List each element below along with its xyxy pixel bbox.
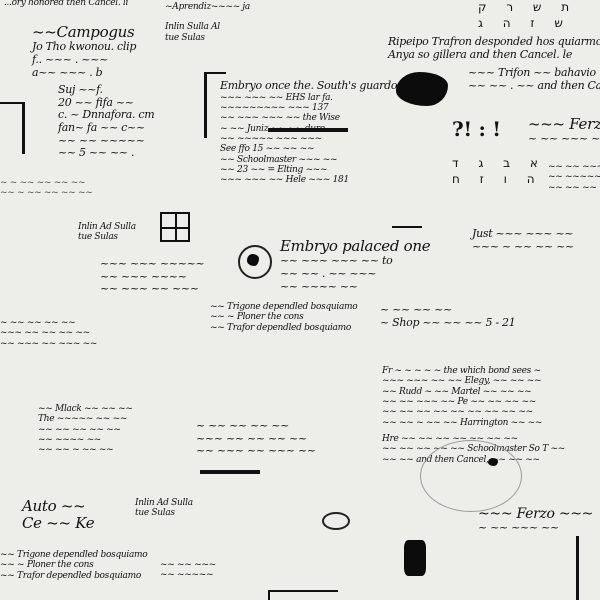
ink-strike xyxy=(268,128,348,132)
handwriting-line: ~~ ~ Ploner the cons xyxy=(0,560,147,570)
handwriting-line: Ce ~~ Ke xyxy=(22,515,94,532)
handwriting-line: ~~ 5 ~~ ~~ . xyxy=(58,147,154,160)
hebrew-glyph-row: ה ו ז ח xyxy=(452,172,543,186)
handwriting-fragment: ~ ~~ ~~ ~~ ~~ ~~~ ~~ ~~ ~~ ~~ ~~ ~~~ ~~ … xyxy=(0,318,97,349)
handwriting-line: See ffo 15 ~~ ~~ ~~ xyxy=(220,144,397,154)
handwriting-line: tue Sulas xyxy=(78,232,136,242)
handwriting-line: ~~ ~~~~~ xyxy=(160,570,216,580)
handwriting-line: ~~ Rudd ~ ~~ Martel ~~ ~~ ~~ xyxy=(382,387,565,397)
handwriting-fragment: ~Aprendiz~~~~ ja Inlin Sulla Al tue Sula… xyxy=(165,2,250,43)
ink-glyph-cluster xyxy=(404,540,426,576)
hebrew-glyph-row: ש ז ה ג xyxy=(478,16,571,30)
handwriting-fragment: ~~ Mlack ~~ ~~ ~~ The ~~~~~ ~~ ~~ ~~ ~~ … xyxy=(38,404,133,456)
handwriting-line: f.. ~~~ . ~~~ xyxy=(32,54,136,67)
handwriting-fragment: Just ~~~ ~~~ ~~ ~~~ ~ ~~ ~~ ~~ xyxy=(472,228,574,253)
handwritten-manuscript-pattern: ...ory honored then Cancel. li ~~Campogu… xyxy=(0,0,600,600)
ink-frame-edge xyxy=(576,536,579,600)
handwriting-line: ~~ ~ ~~ ~~ ~~ ~~ xyxy=(0,188,92,198)
handwriting-line: ~~~ ~~~ ~~ EHS lar fa. xyxy=(220,93,397,103)
handwriting-line: Fr ~ ~ ~ ~ ~ the which bond sees ~ xyxy=(382,366,565,376)
handwriting-line: ~~~ ~~ ~~ ~~ ~~ xyxy=(0,328,97,338)
handwriting-line: ~~ ~~~ ~~ ~~~ ~~ xyxy=(196,445,316,458)
handwriting-line: ~~~ ~~~ ~~~~~ xyxy=(100,258,204,271)
glyph-cluster: ?! : ! xyxy=(452,118,501,141)
handwriting-fragment: ...ory honored then Cancel. li xyxy=(4,0,128,8)
handwriting-line: ~~Campogus xyxy=(32,24,136,41)
handwriting-line: ~~ ~~~ ~~~ ~~ the Wise xyxy=(220,113,397,123)
handwriting-line: ~~~ ~ ~~ ~~ ~~ xyxy=(472,241,574,254)
handwriting-line: ~~ ~~ ~~ ~~ ~~ xyxy=(38,425,133,435)
handwriting-line: ~~ ~~~ ~~~ ~~ to xyxy=(280,255,430,268)
ink-frame-edge xyxy=(268,590,270,600)
hebrew-glyph-row: א ב ג ד xyxy=(452,156,546,170)
handwriting-line: Auto ~~ xyxy=(22,498,94,515)
handwriting-line: a~~ ~~~ . b xyxy=(32,67,136,80)
handwriting-line: Suj ~~f. xyxy=(58,84,154,97)
handwriting-line: ~~ ~~ . ~~ ~~~ xyxy=(280,268,430,281)
handwriting-line: ~~ ~~ ~~ ~~~ xyxy=(548,183,600,193)
handwriting-line: ~ ~ ~~ ~~ ~~ ~~ xyxy=(0,178,92,188)
ink-frame-edge xyxy=(268,590,338,592)
handwriting-line: ~ Shop ~~ ~~ ~~ 5 - 21 xyxy=(380,317,515,330)
handwriting-line: ~~ ~~~~ ~~ xyxy=(38,435,133,445)
handwriting-line: ~~~ ~~~ ~~ Hele ~~~ 181 xyxy=(220,175,397,185)
handwriting-line: Inlin Sulla Al xyxy=(165,22,250,32)
handwriting-line: ~~ Trigone dependled bosquiamo xyxy=(0,550,147,560)
handwriting-fragment: ~ ~ ~~ ~~ ~~ ~~ ~~ ~ ~~ ~~ ~~ ~~ xyxy=(0,178,92,199)
handwriting-fragment: ~~ Trigone dependled bosquiamo ~~ ~ Plon… xyxy=(0,550,147,581)
handwriting-fragment: ~~~ Ferzo ~~~ ~ ~~ ~~~ ~~ xyxy=(478,506,593,535)
handwriting-fragment: Auto ~~ Ce ~~ Ke xyxy=(22,498,94,533)
handwriting-line: tue Sulas xyxy=(135,508,193,518)
grid-sketch xyxy=(160,212,190,242)
handwriting-fragment: ~ ~~ ~~ ~~ ~ Shop ~~ ~~ ~~ 5 - 21 xyxy=(380,304,515,329)
handwriting-line: ~~ 23 ~~ = Elting ~~~ xyxy=(220,165,397,175)
handwriting-fragment: ~~Campogus Jo Tho kwonou. clip f.. ~~~ .… xyxy=(32,24,136,79)
handwriting-line: Just ~~~ ~~~ ~~ xyxy=(472,228,574,241)
handwriting-line: tue Sulas xyxy=(165,33,250,43)
handwriting-fragment: Inlin Ad Sulla tue Sulas xyxy=(78,222,136,243)
handwriting-line: ~~ ~ Ploner the cons xyxy=(210,312,357,322)
handwriting-fragment: ~~ ~~ ~~~ ~~ ~~~~~ ~~ ~~ ~~ ~~~ xyxy=(548,162,600,193)
ink-frame-edge xyxy=(204,72,207,138)
handwriting-line: ~~ Trigone dependled bosquiamo xyxy=(210,302,357,312)
hebrew-glyph-row: ת ש ר ק xyxy=(478,0,577,14)
handwriting-line: ~Aprendiz~~~~ ja xyxy=(165,2,250,12)
seal-center xyxy=(247,254,259,266)
handwriting-line: Inlin Ad Sulla xyxy=(135,498,193,508)
handwriting-line: ~~ ~~~~ ~~ xyxy=(280,281,430,294)
handwriting-line: ~~ ~~~ ~~ ~~~ xyxy=(100,283,204,296)
handwriting-line: ~~ ~~~~~ ~~~ ~~~ xyxy=(220,134,397,144)
handwriting-line: Jo Tho kwonou. clip xyxy=(32,41,136,54)
handwriting-line: ~~ ~~~~~ xyxy=(548,172,600,182)
handwriting-line: Embryo once the. South's guardo xyxy=(220,80,397,93)
eye-sketch xyxy=(322,512,350,530)
handwriting-line: ~~ Schoolmaster ~~~ ~~ xyxy=(220,155,397,165)
handwriting-line: ~ ~~ ~~~ ~~ xyxy=(478,522,593,535)
handwriting-line: ~~ ~~ ~ ~~ ~~ Harrington ~~ ~~ xyxy=(382,418,565,428)
handwriting-line: ~~ ~~ ~~~ xyxy=(548,162,600,172)
handwriting-line: ~~ ~~ ~~~ xyxy=(160,560,216,570)
handwriting-line: ~~ ~~ ~ ~~ ~~ xyxy=(38,445,133,455)
handwriting-fragment: ~~ Trigone dependled bosquiamo ~~ ~ Plon… xyxy=(210,302,357,333)
handwriting-line: Anya so gillera and then Cancel. le xyxy=(388,49,600,62)
handwriting-fragment: ~~ ~~ ~~~ ~~ ~~~~~ xyxy=(160,560,216,581)
handwriting-fragment: Suj ~~f. 20 ~~ fifa ~~ c. ~ Dnnafora. cm… xyxy=(58,84,154,160)
handwriting-fragment: ~~~ ~~~ ~~~~~ ~~ ~~~ ~~~~ ~~ ~~~ ~~ ~~~ xyxy=(100,258,204,296)
handwriting-line: ~ ~~ ~~ ~~ ~~ xyxy=(196,420,316,433)
handwriting-fragment: Embryo once the. South's guardo ~~~ ~~~ … xyxy=(220,80,397,186)
handwriting-line: ~ ~~ ~~~ ~~ xyxy=(528,133,600,146)
handwriting-line: Ripeipo Trafron desponded hos quiarmo xyxy=(388,36,600,49)
ink-strike xyxy=(200,470,260,474)
handwriting-fragment: ~ ~~ ~~ ~~ ~~ ~~~ ~~ ~~ ~~ ~~ ~~ ~~~ ~~ … xyxy=(196,420,316,458)
handwriting-line: The ~~~~~ ~~ ~~ xyxy=(38,414,133,424)
ink-frame-edge xyxy=(0,102,24,104)
faded-stamp xyxy=(420,440,522,512)
handwriting-line: ~~~ ~~~ ~~ ~~ Elegy, ~~ ~~ ~~ xyxy=(382,376,565,386)
handwriting-line: ~~~ Ferzo ~~~ xyxy=(478,506,593,522)
handwriting-line: ~~~~~~~~~ ~~~ 137 xyxy=(220,103,397,113)
handwriting-line: ~~~ Ferzo ~~~ xyxy=(528,116,600,133)
handwriting-line: ~~ Mlack ~~ ~~ ~~ xyxy=(38,404,133,414)
ink-frame-edge xyxy=(204,72,226,74)
handwriting-line: ~ ~~ ~~ ~~ ~~ xyxy=(0,318,97,328)
handwriting-line: ~ ~~ ~~ ~~ xyxy=(380,304,515,317)
handwriting-line: fan~ fa ~~ c~~ xyxy=(58,122,154,135)
handwriting-line: ...ory honored then Cancel. li xyxy=(4,0,128,8)
handwriting-fragment: Embryo palaced one ~~ ~~~ ~~~ ~~ to ~~ ~… xyxy=(280,238,430,293)
handwriting-line: Embryo palaced one xyxy=(280,238,430,255)
handwriting-fragment: Ripeipo Trafron desponded hos quiarmo An… xyxy=(388,36,600,93)
handwriting-line: ~~ Trafor dependled bosquiamo xyxy=(0,571,147,581)
handwriting-line: ~~ ~~ ~~ ~~ ~~ ~~ ~~ ~~ ~~ xyxy=(382,407,565,417)
handwriting-fragment: ~~~ Ferzo ~~~ ~ ~~ ~~~ ~~ xyxy=(528,116,600,146)
handwriting-line: ~~ ~~ . ~~ and then Can xyxy=(468,80,600,93)
ink-frame-edge xyxy=(22,102,25,154)
handwriting-fragment: Inlin Ad Sulla tue Sulas xyxy=(135,498,193,519)
handwriting-line: ~~ Trafor dependled bosquiamo xyxy=(210,323,357,333)
handwriting-line: ~~ ~~ ~~~ ~~ Pe ~~ ~~ ~~ ~~ xyxy=(382,397,565,407)
handwriting-line: ~~ ~~~ ~~ ~~~ ~~ xyxy=(0,339,97,349)
ink-blot xyxy=(488,458,498,466)
ink-strike xyxy=(392,226,422,228)
handwriting-line: Inlin Ad Sulla xyxy=(78,222,136,232)
